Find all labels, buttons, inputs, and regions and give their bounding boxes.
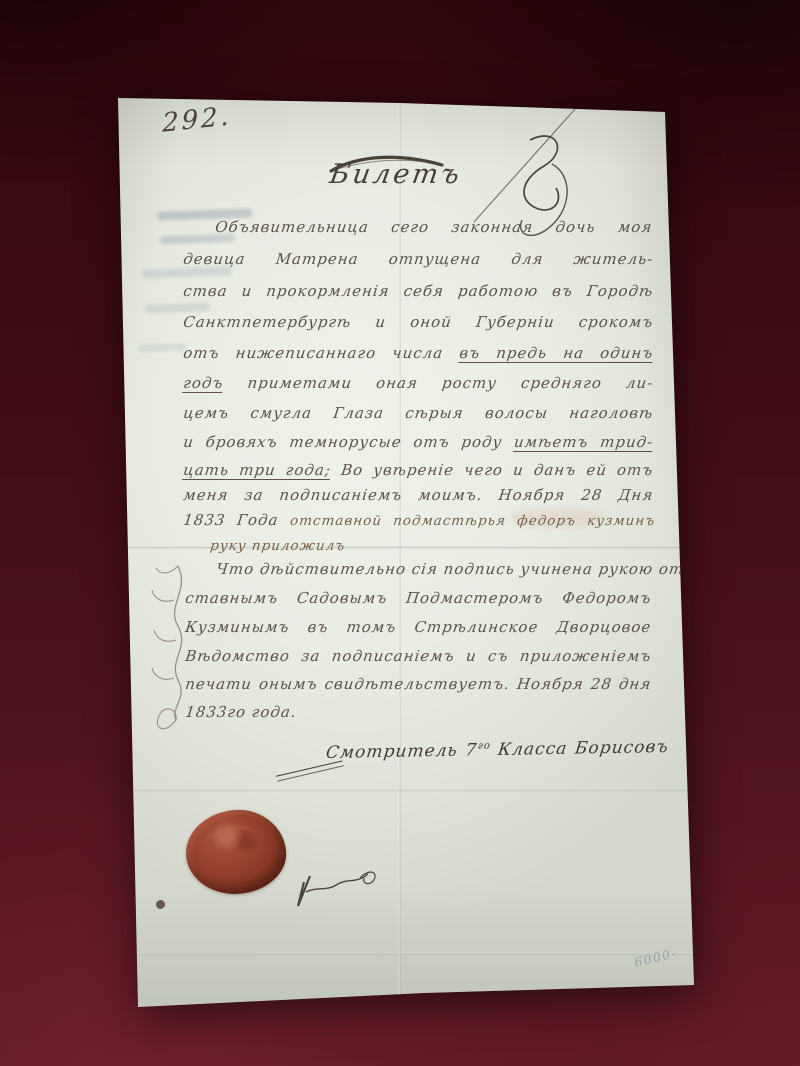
paper-sheet: 292. Билетъ Объявительница сего законная…	[112, 92, 700, 1013]
wax-seal	[183, 807, 289, 898]
body-line: Кузминымъ въ томъ Стрѣлинское Дворцовое	[184, 618, 653, 642]
body-line: годъ приметами оная росту средняго ли-	[182, 374, 655, 398]
body-text-underlined: имѣетъ трид-	[513, 433, 654, 451]
pencil-price-note: 6000-	[633, 945, 679, 970]
body-line: печати онымъ свидѣтельствуетъ. Ноября 28…	[184, 675, 653, 699]
fold-crease-horizontal-1	[114, 545, 698, 549]
body-line: Что дѣйствительно сія подпись учинена ру…	[215, 560, 666, 584]
body-line: цемъ смугла Глаза сѣрыя волосы наголовѣ	[182, 404, 655, 428]
fold-crease-horizontal-3	[114, 952, 698, 956]
body-text-underlined: цать три года;	[182, 461, 332, 479]
body-text-underlined: годъ	[182, 374, 224, 392]
body-line: и бровяхъ темнорусые отъ роду имѣетъ три…	[182, 433, 655, 457]
body-line: 1833 Года отставной подмастѣрья федоръ к…	[182, 511, 657, 535]
body-text: девица Матрена отпущена для житель-	[182, 250, 654, 268]
body-text: Объявительница сего законная дочь моя	[214, 218, 653, 236]
signature-line: Смотритель 7го Класса Борисовъ	[324, 737, 670, 769]
body-text: приметами оная росту средняго ли-	[246, 374, 654, 392]
fold-crease-horizontal-2	[114, 788, 698, 792]
doc-number: 292.	[162, 101, 232, 138]
body-line: отъ нижеписаннаго числа въ предь на один…	[182, 344, 655, 368]
body-line: ставнымъ Садовымъ Подмастеромъ Федоромъ	[184, 589, 653, 613]
body-text: 1833 Года	[182, 511, 279, 529]
document-paper: 292. Билетъ Объявительница сего законная…	[112, 92, 700, 1013]
body-text: и бровяхъ темнорусые отъ роду	[182, 433, 503, 451]
body-text: цемъ смугла Глаза сѣрыя волосы наголовѣ	[182, 404, 654, 422]
body-line: Санктпетербургѣ и оной Губерніи срокомъ	[182, 313, 655, 337]
body-text: Кузминымъ въ томъ Стрѣлинское Дворцовое	[184, 618, 652, 636]
body-text: печати онымъ свидѣтельствуетъ. Ноября 28…	[184, 675, 652, 693]
paper-speck	[156, 900, 165, 909]
body-line: руку приложилъ	[209, 536, 347, 560]
body-text-underlined: въ предь на одинъ	[458, 344, 654, 362]
body-text: ставнымъ Садовымъ Подмастеромъ Федоромъ	[184, 589, 652, 607]
body-text: 1833го года.	[184, 703, 298, 721]
photo-background: 292. Билетъ Объявительница сего законная…	[0, 0, 800, 1066]
show-through-smudge	[138, 343, 186, 352]
body-line: 1833го года.	[184, 703, 298, 727]
body-line: меня за подписаніемъ моимъ. Ноября 28 Дн…	[182, 486, 655, 510]
signer-hand-text: отставной подмастѣрья федоръ кузминъ	[289, 513, 656, 529]
body-text: ства и прокормленія себя работою въ Горо…	[182, 282, 654, 300]
body-line: Объявительница сего законная дочь моя	[214, 218, 654, 242]
body-line: ства и прокормленія себя работою въ Горо…	[182, 282, 655, 306]
signature-text: Смотритель 7	[325, 740, 479, 763]
body-text: Что дѣйствительно сія подпись учинена ру…	[215, 560, 691, 578]
body-line: девица Матрена отпущена для житель-	[182, 250, 655, 274]
signer-hand-text: руку приложилъ	[209, 538, 346, 554]
body-line: цать три года; Во увѣреніе чего и данъ е…	[182, 461, 655, 485]
ink-squiggle	[290, 862, 385, 910]
signature-text: Класса Борисовъ	[489, 737, 670, 760]
body-text: отъ нижеписаннаго числа	[182, 344, 444, 362]
body-line: Вѣдомство за подписаніемъ и съ приложені…	[184, 647, 653, 671]
body-text: меня за подписаніемъ моимъ. Ноября 28 Дн…	[182, 486, 654, 504]
body-text: Вѣдомство за подписаніемъ и съ приложені…	[184, 647, 652, 665]
body-text: Во увѣреніе чего и данъ ей отъ	[340, 461, 654, 479]
body-text: Санктпетербургѣ и оной Губерніи срокомъ	[182, 313, 654, 331]
